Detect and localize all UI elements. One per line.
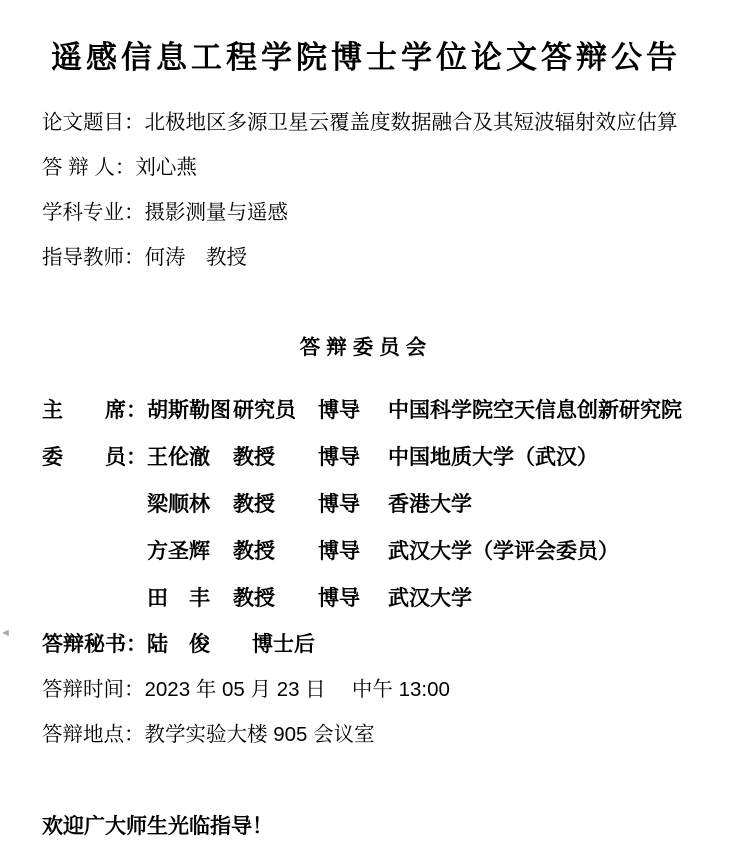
committee-member-tutor: 博导 — [318, 445, 388, 469]
advisor-value: 何涛 教授 — [145, 246, 248, 269]
defense-time-label: 答辩时间： — [42, 678, 145, 701]
advisor-label: 指导教师： — [42, 246, 145, 269]
candidate-label: 答 辩 人： — [42, 156, 135, 179]
committee-member-tutor: 博导 — [318, 398, 388, 422]
committee-member-name: 梁顺林 — [147, 492, 233, 516]
welcome-message: 欢迎广大师生光临指导！ — [42, 810, 690, 840]
defense-time-value: 2023 年 05 月 23 日 中午 13:00 — [145, 678, 450, 701]
candidate-value: 刘心燕 — [135, 156, 197, 179]
defense-venue-line: 答辩地点：教学实验大楼 905 会议室 — [42, 723, 690, 746]
thesis-title-value: 北极地区多源卫星云覆盖度数据融合及其短波辐射效应估算 — [145, 111, 678, 134]
thesis-title-line: 论文题目：北极地区多源卫星云覆盖度数据融合及其短波辐射效应估算 — [42, 111, 690, 134]
announcement-page: 遥感信息工程学院博士学位论文答辩公告 论文题目：北极地区多源卫星云覆盖度数据融合… — [0, 0, 730, 858]
page-title: 遥感信息工程学院博士学位论文答辩公告 — [42, 32, 690, 77]
committee-member-title: 教授 — [233, 586, 318, 610]
committee-role-label — [42, 539, 147, 563]
defense-venue-value: 教学实验大楼 905 会议室 — [145, 723, 375, 746]
secretary-line: 答辩秘书：陆 俊 博士后 — [42, 632, 690, 656]
defense-time-line: 答辩时间：2023 年 05 月 23 日 中午 13:00 — [42, 678, 690, 701]
committee-member-affiliation: 香港大学 — [388, 492, 690, 516]
committee-member-title: 教授 — [233, 539, 318, 563]
secretary-label: 答辩秘书： — [42, 632, 147, 656]
committee-member-title: 研究员 — [233, 398, 318, 422]
advisor-line: 指导教师：何涛 教授 — [42, 246, 690, 269]
committee-row-member: 梁顺林 教授 博导 香港大学 — [42, 492, 690, 516]
defense-venue-label: 答辩地点： — [42, 723, 145, 746]
committee-member-tutor: 博导 — [318, 492, 388, 516]
committee-member-tutor: 博导 — [318, 539, 388, 563]
committee-member-name: 方圣辉 — [147, 539, 233, 563]
committee-member-name: 王伦澈 — [147, 445, 233, 469]
committee-member-affiliation: 武汉大学 — [388, 586, 690, 610]
committee-role-label: 主 席： — [42, 398, 147, 422]
committee-member-affiliation: 中国地质大学（武汉） — [388, 445, 690, 469]
committee-row-member: 田 丰 教授 博导 武汉大学 — [42, 586, 690, 610]
committee-role-label — [42, 586, 147, 610]
committee-member-affiliation: 中国科学院空天信息创新研究院 — [388, 398, 690, 422]
candidate-line: 答 辩 人：刘心燕 — [42, 156, 690, 179]
committee-row-member: 方圣辉 教授 博导 武汉大学（学评会委员） — [42, 539, 690, 563]
committee-member-affiliation: 武汉大学（学评会委员） — [388, 539, 690, 563]
secretary-value: 陆 俊 博士后 — [147, 632, 315, 656]
committee-row-chair: 主 席： 胡斯勒图 研究员 博导 中国科学院空天信息创新研究院 — [42, 398, 690, 422]
committee-member-name: 胡斯勒图 — [147, 398, 233, 422]
committee-member-title: 教授 — [233, 445, 318, 469]
committee-heading: 答辩委员会 — [42, 330, 690, 360]
committee-row-member: 委 员： 王伦澈 教授 博导 中国地质大学（武汉） — [42, 445, 690, 469]
major-value: 摄影测量与遥感 — [145, 201, 289, 224]
committee-role-label — [42, 492, 147, 516]
major-label: 学科专业： — [42, 201, 145, 224]
left-margin-arrow-icon: ◄ — [0, 629, 11, 638]
major-line: 学科专业：摄影测量与遥感 — [42, 201, 690, 224]
committee-role-label: 委 员： — [42, 445, 147, 469]
committee-member-tutor: 博导 — [318, 586, 388, 610]
committee-member-name: 田 丰 — [147, 586, 233, 610]
committee-member-title: 教授 — [233, 492, 318, 516]
thesis-title-label: 论文题目： — [42, 111, 145, 134]
